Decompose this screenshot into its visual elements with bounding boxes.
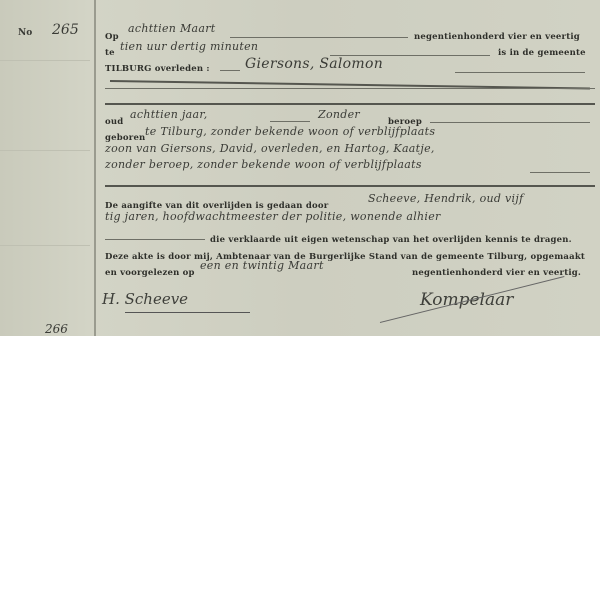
faint-line (0, 150, 90, 151)
signature-underline (125, 312, 250, 313)
label-gemeente: is in de gemeente (498, 48, 586, 58)
handwritten-occupation: Zonder (318, 108, 360, 121)
handwritten-time: tien uur dertig minuten (120, 40, 258, 53)
deceased-name: Giersons, Salomon (245, 56, 383, 72)
handwritten-declarant: Scheeve, Hendrik, oud vijf (368, 192, 523, 205)
handwritten-declarant-details: tig jaren, hoofdwachtmeester der politie… (105, 210, 441, 223)
label-verklaarde: die verklaarde uit eigen wetenschap van … (210, 235, 572, 245)
handwritten-date: achttien Maart (128, 22, 216, 35)
fill-line (270, 121, 310, 122)
rule (105, 185, 595, 187)
margin-rule (94, 0, 96, 336)
handwritten-birthplace: te Tilburg, zonder bekende woon of verbl… (145, 125, 435, 138)
label-op: Op (105, 32, 119, 42)
rule (105, 103, 595, 105)
fill-line (455, 72, 585, 73)
label-te: te (105, 48, 115, 58)
label-year: negentienhonderd vier en veertig (414, 32, 580, 42)
number-label: No (18, 28, 32, 38)
label-closing: Deze akte is door mij, Ambtenaar van de … (105, 252, 585, 262)
handwritten-parent-details: zonder beroep, zonder bekende woon of ve… (105, 158, 422, 171)
rule (105, 88, 595, 89)
entry-number: 265 (52, 22, 79, 38)
label-voorgelezen: en voorgelezen op (105, 268, 195, 278)
handwritten-parents: zoon van Giersons, David, overleden, en … (105, 142, 435, 155)
label-oud: oud (105, 117, 123, 127)
label-year-closing: negentienhonderd vier en veertig. (412, 268, 581, 278)
fill-line (230, 37, 408, 38)
fill-line (105, 239, 205, 240)
next-entry-number: 266 (45, 322, 68, 336)
label-tilburg-overleden: TILBURG overleden : (105, 64, 210, 74)
faint-line (0, 60, 90, 61)
fill-line (220, 70, 240, 71)
faint-line (0, 245, 90, 246)
signature-stroke (380, 276, 565, 323)
handwritten-age: achttien jaar, (130, 108, 208, 121)
fill-line (530, 172, 590, 173)
handwritten-reading-date: een en twintig Maart (200, 259, 324, 272)
scanned-document: No 265 Op achttien Maart negentienhonder… (0, 0, 600, 336)
fill-line (430, 122, 590, 123)
signature-left: H. Scheeve (102, 290, 188, 308)
